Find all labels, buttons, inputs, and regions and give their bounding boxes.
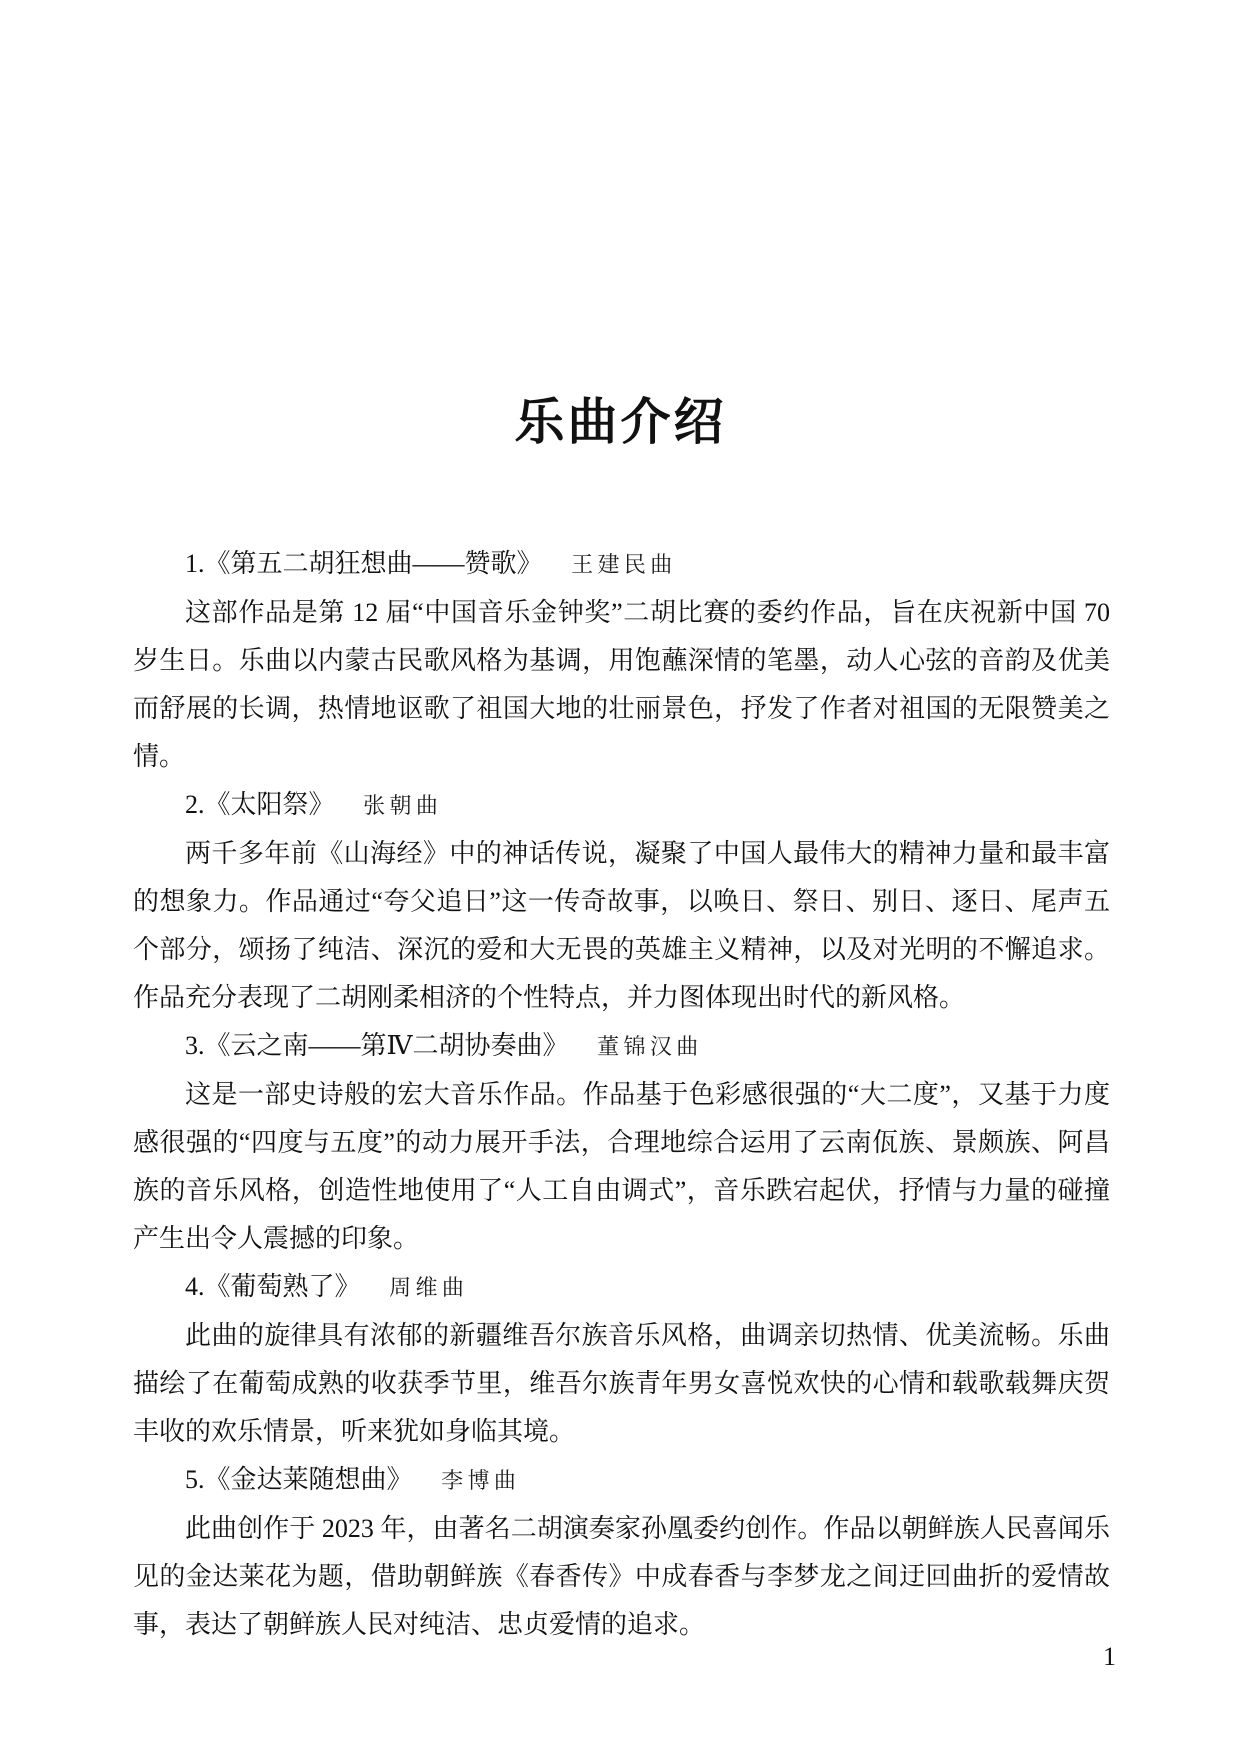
piece-description: 这是一部史诗般的宏大音乐作品。作品基于色彩感很强的“大二度”，又基于力度感很强的… (133, 1071, 1110, 1263)
piece-description: 这部作品是第 12 届“中国音乐金钟奖”二胡比赛的委约作品，旨在庆祝新中国 70… (133, 589, 1110, 781)
piece-description: 此曲创作于 2023 年，由著名二胡演奏家孙凰委约创作。作品以朝鲜族人民喜闻乐见… (133, 1505, 1110, 1649)
piece-title: 2.《太阳祭》 (185, 790, 335, 819)
piece-description: 两千多年前《山海经》中的神话传说，凝聚了中国人最伟大的精神力量和最丰富的想象力。… (133, 830, 1110, 1022)
piece-title: 5.《金达莱随想曲》 (185, 1465, 413, 1494)
piece-composer: 张朝曲 (363, 793, 442, 818)
piece-composer: 王建民曲 (571, 552, 677, 577)
piece-section-4: 4.《葡萄熟了》周维曲 此曲的旋律具有浓郁的新疆维吾尔族音乐风格，曲调亲切热情、… (133, 1263, 1110, 1456)
piece-heading-line: 5.《金达莱随想曲》李博曲 (133, 1456, 1110, 1505)
piece-heading-line: 2.《太阳祭》张朝曲 (133, 781, 1110, 830)
document-page: 乐曲介绍 1.《第五二胡狂想曲——赞歌》王建民曲 这部作品是第 12 届“中国音… (0, 0, 1241, 1755)
piece-section-2: 2.《太阳祭》张朝曲 两千多年前《山海经》中的神话传说，凝聚了中国人最伟大的精神… (133, 781, 1110, 1022)
piece-composer: 李博曲 (441, 1468, 520, 1493)
piece-heading-line: 4.《葡萄熟了》周维曲 (133, 1263, 1110, 1312)
page-number: 1 (1103, 1642, 1116, 1672)
piece-description: 此曲的旋律具有浓郁的新疆维吾尔族音乐风格，曲调亲切热情、优美流畅。乐曲描绘了在葡… (133, 1312, 1110, 1456)
piece-title: 1.《第五二胡狂想曲——赞歌》 (185, 549, 543, 578)
piece-section-1: 1.《第五二胡狂想曲——赞歌》王建民曲 这部作品是第 12 届“中国音乐金钟奖”… (133, 540, 1110, 781)
page-title: 乐曲介绍 (0, 382, 1241, 454)
piece-composer: 周维曲 (389, 1275, 468, 1300)
piece-heading-line: 1.《第五二胡狂想曲——赞歌》王建民曲 (133, 540, 1110, 589)
piece-title: 3.《云之南——第Ⅳ二胡协奏曲》 (185, 1031, 568, 1060)
content-area: 1.《第五二胡狂想曲——赞歌》王建民曲 这部作品是第 12 届“中国音乐金钟奖”… (133, 540, 1110, 1649)
piece-title: 4.《葡萄熟了》 (185, 1272, 361, 1301)
piece-heading-line: 3.《云之南——第Ⅳ二胡协奏曲》董锦汉曲 (133, 1022, 1110, 1071)
piece-composer: 董锦汉曲 (597, 1034, 703, 1059)
piece-section-3: 3.《云之南——第Ⅳ二胡协奏曲》董锦汉曲 这是一部史诗般的宏大音乐作品。作品基于… (133, 1022, 1110, 1263)
piece-section-5: 5.《金达莱随想曲》李博曲 此曲创作于 2023 年，由著名二胡演奏家孙凰委约创… (133, 1456, 1110, 1649)
